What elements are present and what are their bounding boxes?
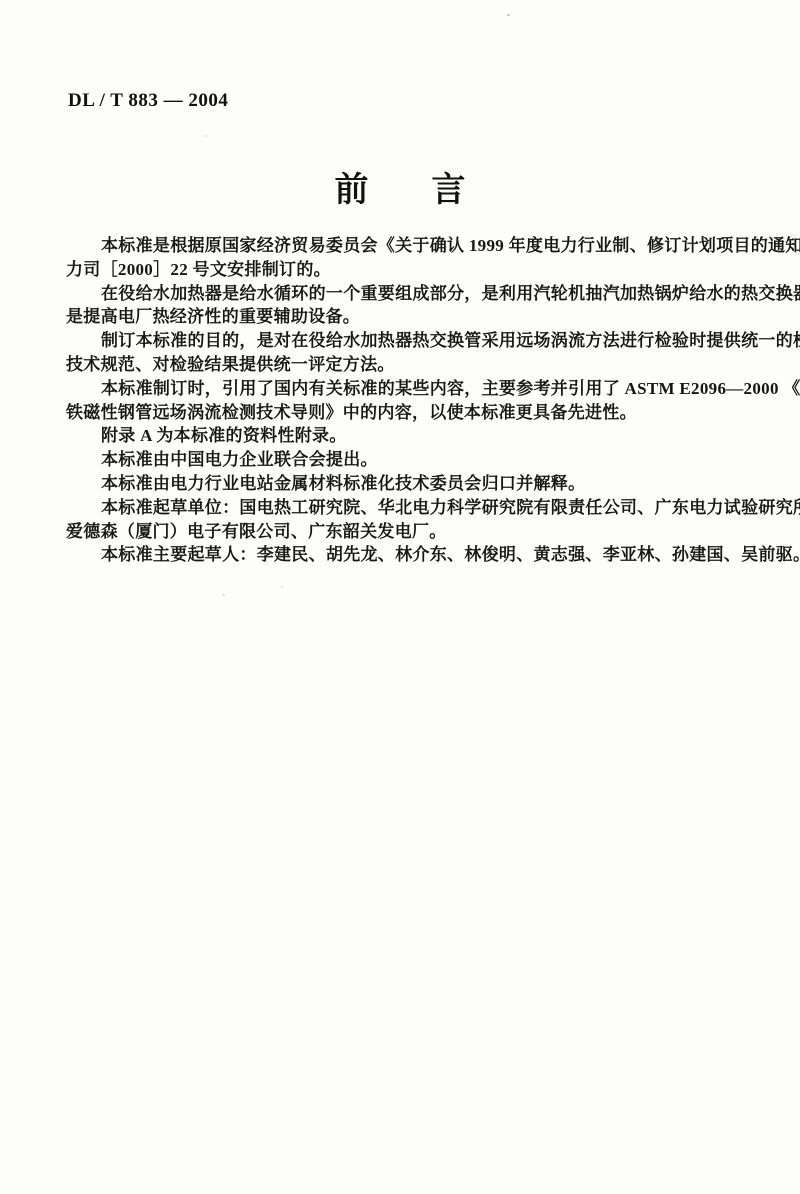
- text-line: 附录 A 为本标准的资料性附录。: [66, 424, 744, 448]
- paragraph-drafting-organizations: 本标准起草单位：国电热工研究院、华北电力科学研究院有限责任公司、广东电力试验研究…: [66, 496, 744, 544]
- text-line: 技术规范、对检验结果提供统一评定方法。: [66, 353, 744, 377]
- paragraph-proposed-by: 本标准由中国电力企业联合会提出。: [66, 448, 744, 472]
- paragraph-drafters: 本标准主要起草人：李建民、胡先龙、林介东、林俊明、黄志强、李亚林、孙建国、吴前驱…: [66, 543, 744, 567]
- paragraph-references: 本标准制订时，引用了国内有关标准的某些内容，主要参考并引用了 ASTM E209…: [66, 377, 744, 425]
- paragraph-purpose: 制订本标准的目的，是对在役给水加热器热交换管采用远场涡流方法进行检验时提供统一的…: [66, 329, 744, 377]
- text-line: 本标准制订时，引用了国内有关标准的某些内容，主要参考并引用了 ASTM E209…: [66, 377, 744, 401]
- scan-speck: [222, 594, 225, 596]
- page-title: 前言: [0, 162, 800, 211]
- text-line: 力司［2000］22 号文安排制订的。: [66, 258, 744, 282]
- document-body: 本标准是根据原国家经济贸易委员会《关于确认 1999 年度电力行业制、修订计划项…: [66, 234, 744, 567]
- text-line: 本标准是根据原国家经济贸易委员会《关于确认 1999 年度电力行业制、修订计划项…: [66, 234, 744, 258]
- text-line: 是提高电厂热经济性的重要辅助设备。: [66, 305, 744, 329]
- text-line: 本标准主要起草人：李建民、胡先龙、林介东、林俊明、黄志强、李亚林、孙建国、吴前驱…: [66, 543, 744, 567]
- standard-number: DL / T 883 — 2004: [68, 90, 228, 112]
- text-line: 爱德森（厦门）电子有限公司、广东韶关发电厂。: [66, 520, 744, 544]
- scan-speck: [507, 14, 510, 16]
- text-line: 本标准由中国电力企业联合会提出。: [66, 448, 744, 472]
- scan-speck: [205, 135, 207, 137]
- scan-speck: [281, 586, 283, 588]
- paragraph-basis: 本标准是根据原国家经济贸易委员会《关于确认 1999 年度电力行业制、修订计划项…: [66, 234, 744, 282]
- text-line: 本标准起草单位：国电热工研究院、华北电力科学研究院有限责任公司、广东电力试验研究…: [66, 496, 744, 520]
- text-line: 铁磁性钢管远场涡流检测技术导则》中的内容，以使本标准更具备先进性。: [66, 401, 744, 425]
- paragraph-background: 在役给水加热器是给水循环的一个重要组成部分，是利用汽轮机抽汽加热锅炉给水的热交换…: [66, 282, 744, 330]
- scanned-document-page: DL / T 883 — 2004 前言 本标准是根据原国家经济贸易委员会《关于…: [0, 0, 800, 1194]
- text-line: 本标准由电力行业电站金属材料标准化技术委员会归口并解释。: [66, 472, 744, 496]
- paragraph-interpreted-by: 本标准由电力行业电站金属材料标准化技术委员会归口并解释。: [66, 472, 744, 496]
- paragraph-annex: 附录 A 为本标准的资料性附录。: [66, 424, 744, 448]
- text-line: 在役给水加热器是给水循环的一个重要组成部分，是利用汽轮机抽汽加热锅炉给水的热交换…: [66, 282, 744, 306]
- page-title-text: 前言: [335, 172, 529, 209]
- text-line: 制订本标准的目的，是对在役给水加热器热交换管采用远场涡流方法进行检验时提供统一的…: [66, 329, 744, 353]
